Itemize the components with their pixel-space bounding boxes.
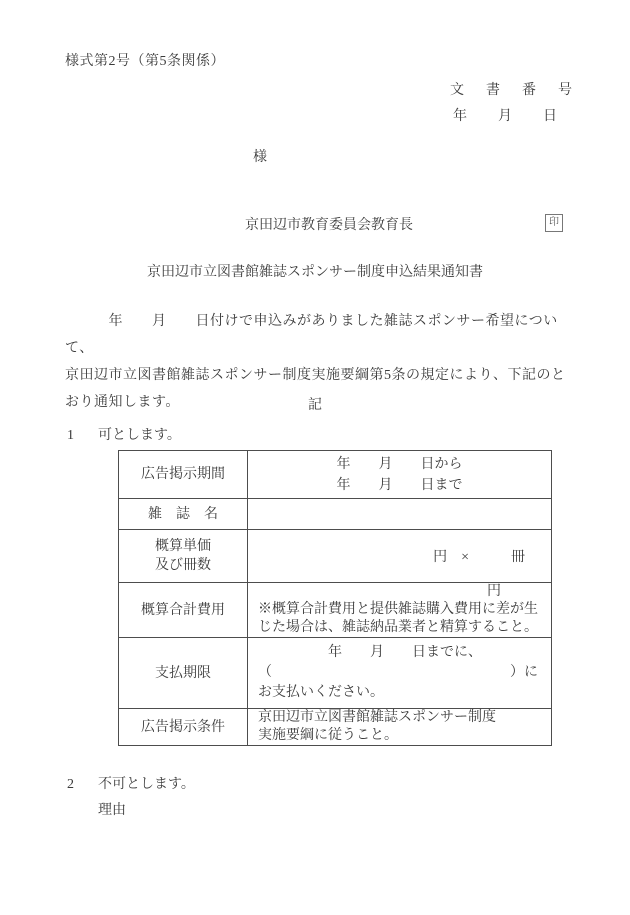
value-line: 円 (248, 583, 551, 601)
value-line: ※概算合計費用と提供雑誌購入費用に差が生 (248, 601, 551, 619)
value-line: 年 月 日まで (248, 475, 551, 496)
value-line: （ ）に (248, 663, 551, 683)
result-table: 広告掲示期間 年 月 日から 年 月 日まで 雑 誌 名 概算単価 及び冊数 円… (118, 450, 552, 746)
reason-label: 理由 (98, 799, 126, 819)
value-line: お支払いください。 (248, 683, 551, 703)
body-line: 京田辺市立図書館雑誌スポンサー制度実施要綱第5条の規定により、下記のと (65, 362, 575, 389)
table-row: 雑 誌 名 (119, 499, 552, 530)
item-rejected: 2不可とします。 (67, 773, 195, 793)
row-label: 雑 誌 名 (119, 499, 248, 530)
row-label: 広告掲示条件 (119, 709, 248, 746)
item-text: 可とします。 (98, 428, 181, 443)
item-approved: 1可とします。 (67, 424, 181, 444)
table-row: 広告掲示条件 京田辺市立図書館雑誌スポンサー制度 実施要綱に従うこと。 (119, 709, 552, 746)
value-line: 京田辺市立図書館雑誌スポンサー制度 (248, 709, 551, 727)
row-value-blank (248, 499, 552, 530)
document-number-label: 文 書 番 号 (450, 78, 576, 104)
body-line: 年 月 日付けで申込みがありました雑誌スポンサー希望について、 (65, 308, 575, 362)
form-number: 様式第2号（第5条関係） (65, 50, 225, 70)
value-line: じた場合は、雑誌納品業者と精算すること。 (248, 619, 551, 637)
row-value: 円 ※概算合計費用と提供雑誌購入費用に差が生 じた場合は、雑誌納品業者と精算する… (248, 583, 552, 638)
item-number: 1 (67, 428, 74, 443)
value-line: 年 月 日から (248, 454, 551, 475)
row-label: 概算合計費用 (119, 583, 248, 638)
row-value: 京田辺市立図書館雑誌スポンサー制度 実施要綱に従うこと。 (248, 709, 552, 746)
item-text: 不可とします。 (98, 777, 195, 792)
value-line: 実施要綱に従うこと。 (248, 727, 551, 745)
label-line: 及び冊数 (119, 556, 247, 575)
sender-line: 京田辺市教育委員会教育長 (245, 214, 575, 234)
row-label: 広告掲示期間 (119, 451, 248, 499)
item-number: 2 (67, 777, 74, 792)
document-page: 様式第2号（第5条関係） 文 書 番 号 年 月 日 様 京田辺市教育委員会教育… (0, 0, 630, 915)
table-row: 支払期限 年 月 日までに、 （ ）に お支払いください。 (119, 638, 552, 709)
seal-stamp-icon: 印 (545, 214, 563, 232)
document-number-block: 文 書 番 号 年 月 日 (450, 78, 576, 130)
row-value: 年 月 日から 年 月 日まで (248, 451, 552, 499)
recipient-honorific: 様 (253, 146, 267, 166)
row-label: 支払期限 (119, 638, 248, 709)
row-label: 概算単価 及び冊数 (119, 530, 248, 583)
table-row: 概算合計費用 円 ※概算合計費用と提供雑誌購入費用に差が生 じた場合は、雑誌納品… (119, 583, 552, 638)
row-value: 年 月 日までに、 （ ）に お支払いください。 (248, 638, 552, 709)
document-title: 京田辺市立図書館雑誌スポンサー制度申込結果通知書 (0, 261, 630, 281)
label-line: 概算単価 (119, 537, 247, 556)
value-line: 年 月 日までに、 (248, 643, 551, 663)
table-row: 広告掲示期間 年 月 日から 年 月 日まで (119, 451, 552, 499)
table-row: 概算単価 及び冊数 円 × 冊 (119, 530, 552, 583)
ki-heading: 記 (0, 394, 630, 414)
date-line: 年 月 日 (450, 104, 576, 130)
row-value: 円 × 冊 (248, 530, 552, 583)
